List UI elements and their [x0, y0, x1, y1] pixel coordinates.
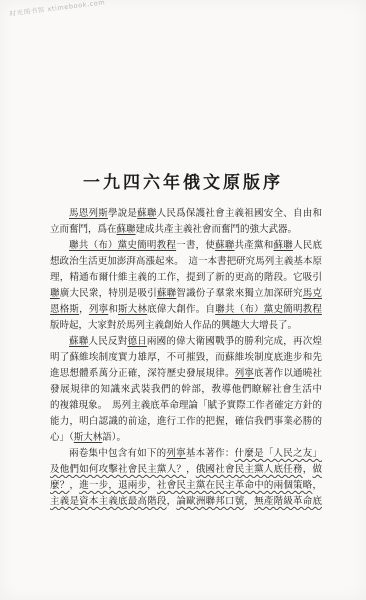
book-title-mark: 麼？ — [50, 480, 69, 491]
text-run: 建成共產主義社會而奮鬥的強大武器。 — [136, 224, 298, 235]
proper-noun-mark: 斯大林 — [74, 432, 103, 443]
text-run: ， — [244, 496, 254, 507]
text-run: 進思想體系萬分正確，深符歷史發展規律。 — [50, 368, 235, 379]
proper-noun-mark: 列寧 — [166, 448, 185, 459]
proper-noun-mark: 列寧 — [235, 368, 254, 379]
book-title-mark: 及他們如何攻擊社會民主黨人？ — [50, 464, 186, 475]
text-run: 學說是 — [108, 208, 137, 219]
text-line: 明了蘇維埃制度實力雄厚，不可摧毀，而蘇維埃制度底進步和先 — [50, 350, 322, 366]
text-line: 麼？，進一步，退兩步，社會民主黨在民主革命中的兩個策略，帝國 — [50, 478, 322, 494]
page-title: 一九四六年俄文原版序 — [0, 173, 366, 193]
text-line: 聯廣大民衆，特別是吸引蘇聯智識份子羣衆來獨立加深研究馬克思 — [50, 286, 322, 302]
text-run: 一書，使 — [176, 240, 215, 251]
text-run: ， — [167, 496, 177, 507]
text-line: 版時起，大家對於馬列主義創始人作品的興趣大大增長了。 — [50, 318, 322, 334]
proper-noun-mark: 蘇聯 — [69, 336, 88, 347]
text-line: 心」（斯大林語）。 — [50, 430, 322, 446]
text-line: 聯共（布）黨史簡明教程一書，使蘇聯共產黨和蘇聯人民底思 — [50, 238, 322, 254]
proper-noun-mark: 列寧 — [89, 304, 108, 315]
proper-noun-mark: 蘇聯 — [274, 240, 293, 251]
proper-noun-mark: 斯大林 — [118, 304, 147, 315]
text-run: 立而奮鬥，爲在 — [50, 224, 117, 235]
proper-noun-mark: 聯共（布）黨史簡明教程 — [215, 304, 322, 315]
proper-noun-mark: 蘇聯 — [137, 208, 156, 219]
book-page-scan: 时光图书馆 xtimebook.com 一九四六年俄文原版序 馬恩列斯學說是蘇聯… — [0, 0, 366, 600]
proper-noun-mark: 聯共（布）黨史簡明教程 — [69, 240, 176, 251]
text-line: 想政治生活更加澎湃高漲起來。 這一本書把研究馬列主義基本原 — [50, 254, 322, 270]
text-line: 的複雜現象。 馬列主義底革命理論「賦予實際工作者確定方針的 — [50, 398, 322, 414]
text-run: 明了蘇維埃制度實力雄厚，不可摧毀，而蘇維埃制度底進步和先 — [50, 352, 322, 363]
text-run: 基本著作： — [186, 448, 235, 459]
text-run: 廣大民衆，特別是吸引 — [60, 288, 157, 299]
text-line: 兩卷集中包含有如下的列寧基本著作：什麼是「人民之友」以 — [50, 446, 322, 462]
text-run: ， — [303, 464, 313, 475]
proper-noun-mark: 恩格斯 — [50, 304, 79, 315]
text-line: 馬恩列斯學說是蘇聯人民爲保護社會主義祖國安全、自由和獨 — [50, 206, 322, 222]
text-run: 能力，明白認識的前途，進行工作的把握，確信我們事業必勝的信 — [50, 416, 322, 430]
text-run: ， — [79, 304, 89, 315]
proper-noun-mark: 蘇聯 — [117, 224, 136, 235]
text-run: 心」（ — [50, 432, 74, 443]
text-line: 進思想體系萬分正確，深符歷史發展規律。列寧底著作以通曉社會 — [50, 366, 322, 382]
text-run: 理，精通布爾什維主義的工作，提到了新的更高的階段。它吸引 — [50, 272, 322, 283]
proper-noun-mark: 德日 — [127, 336, 146, 347]
text-run: ， — [147, 480, 157, 491]
book-title-mark: 社會民主黨在民主革命中的兩個策略 — [157, 480, 313, 491]
text-run: 的複雜現象。 馬列主義底革命理論「賦予實際工作者確定方針的 — [50, 400, 322, 411]
proper-noun-mark: 馬恩列斯 — [69, 208, 108, 219]
book-title-mark: 論歐洲聯邦口號 — [176, 496, 244, 507]
text-line: 恩格斯，列寧和斯大林底偉大創作。自聯共（布）黨史簡明教程出 — [50, 302, 322, 318]
text-line: 蘇聯人民反對德日兩國的偉大衛國戰爭的勝利完成，再次煌耀證 — [50, 334, 322, 350]
proper-noun-mark: 聯 — [50, 288, 60, 299]
text-run: 版時起，大家對於馬列主義創始人作品的興趣大大增長了。 — [50, 320, 297, 331]
text-run: 人民反對 — [88, 336, 127, 347]
text-run: 共產黨和 — [235, 240, 274, 251]
watermark-text: 时光图书馆 xtimebook.com — [9, 0, 106, 18]
text-run: ， — [312, 480, 322, 491]
text-run: 和 — [108, 304, 118, 315]
text-run: 智識份子羣衆來獨立加深研究 — [176, 288, 302, 299]
page-text: 馬恩列斯學說是蘇聯人民爲保護社會主義祖國安全、自由和獨立而奮鬥，爲在蘇聯建成共產… — [50, 206, 322, 510]
text-line: 能力，明白認識的前途，進行工作的把握，確信我們事業必勝的信 — [50, 414, 322, 430]
proper-noun-mark: 蘇聯 — [157, 288, 176, 299]
text-line: 發展規律的知識來武裝我們的幹部，敎導他們瞭解社會生活中 — [50, 382, 322, 398]
text-run: 兩卷集中包含有如下的 — [69, 448, 166, 459]
proper-noun-mark: 蘇聯 — [215, 240, 234, 251]
text-run: 想政治生活更加澎湃高漲起來。 這一本書把研究馬列主義基本原 — [50, 256, 322, 267]
text-line: 理，精通布爾什維主義的工作，提到了新的更高的階段。它吸引蘇 — [50, 270, 322, 286]
book-title-mark: 主義是資本主義底最高階段 — [50, 496, 167, 507]
text-line: 主義是資本主義底最高階段，論歐洲聯邦口號，無產階級革命底軍事 — [50, 494, 322, 510]
text-run: ， — [69, 480, 79, 491]
text-line: 立而奮鬥，爲在蘇聯建成共產主義社會而奮鬥的強大武器。 — [50, 222, 322, 238]
book-title-mark: 進一步，退兩步 — [79, 480, 147, 491]
text-line: 及他們如何攻擊社會民主黨人？，俄國社會民主黨人底任務，做什 — [50, 462, 322, 478]
text-run: 語）。 — [102, 432, 126, 443]
text-run: ， — [186, 464, 196, 475]
text-run: 發展規律的知識來武裝我們的幹部，敎導他們瞭解社會生活中 — [50, 384, 322, 395]
text-run: 底偉大創作。自 — [147, 304, 215, 315]
book-title-mark: 俄國社會民主黨人底任務 — [196, 464, 303, 475]
